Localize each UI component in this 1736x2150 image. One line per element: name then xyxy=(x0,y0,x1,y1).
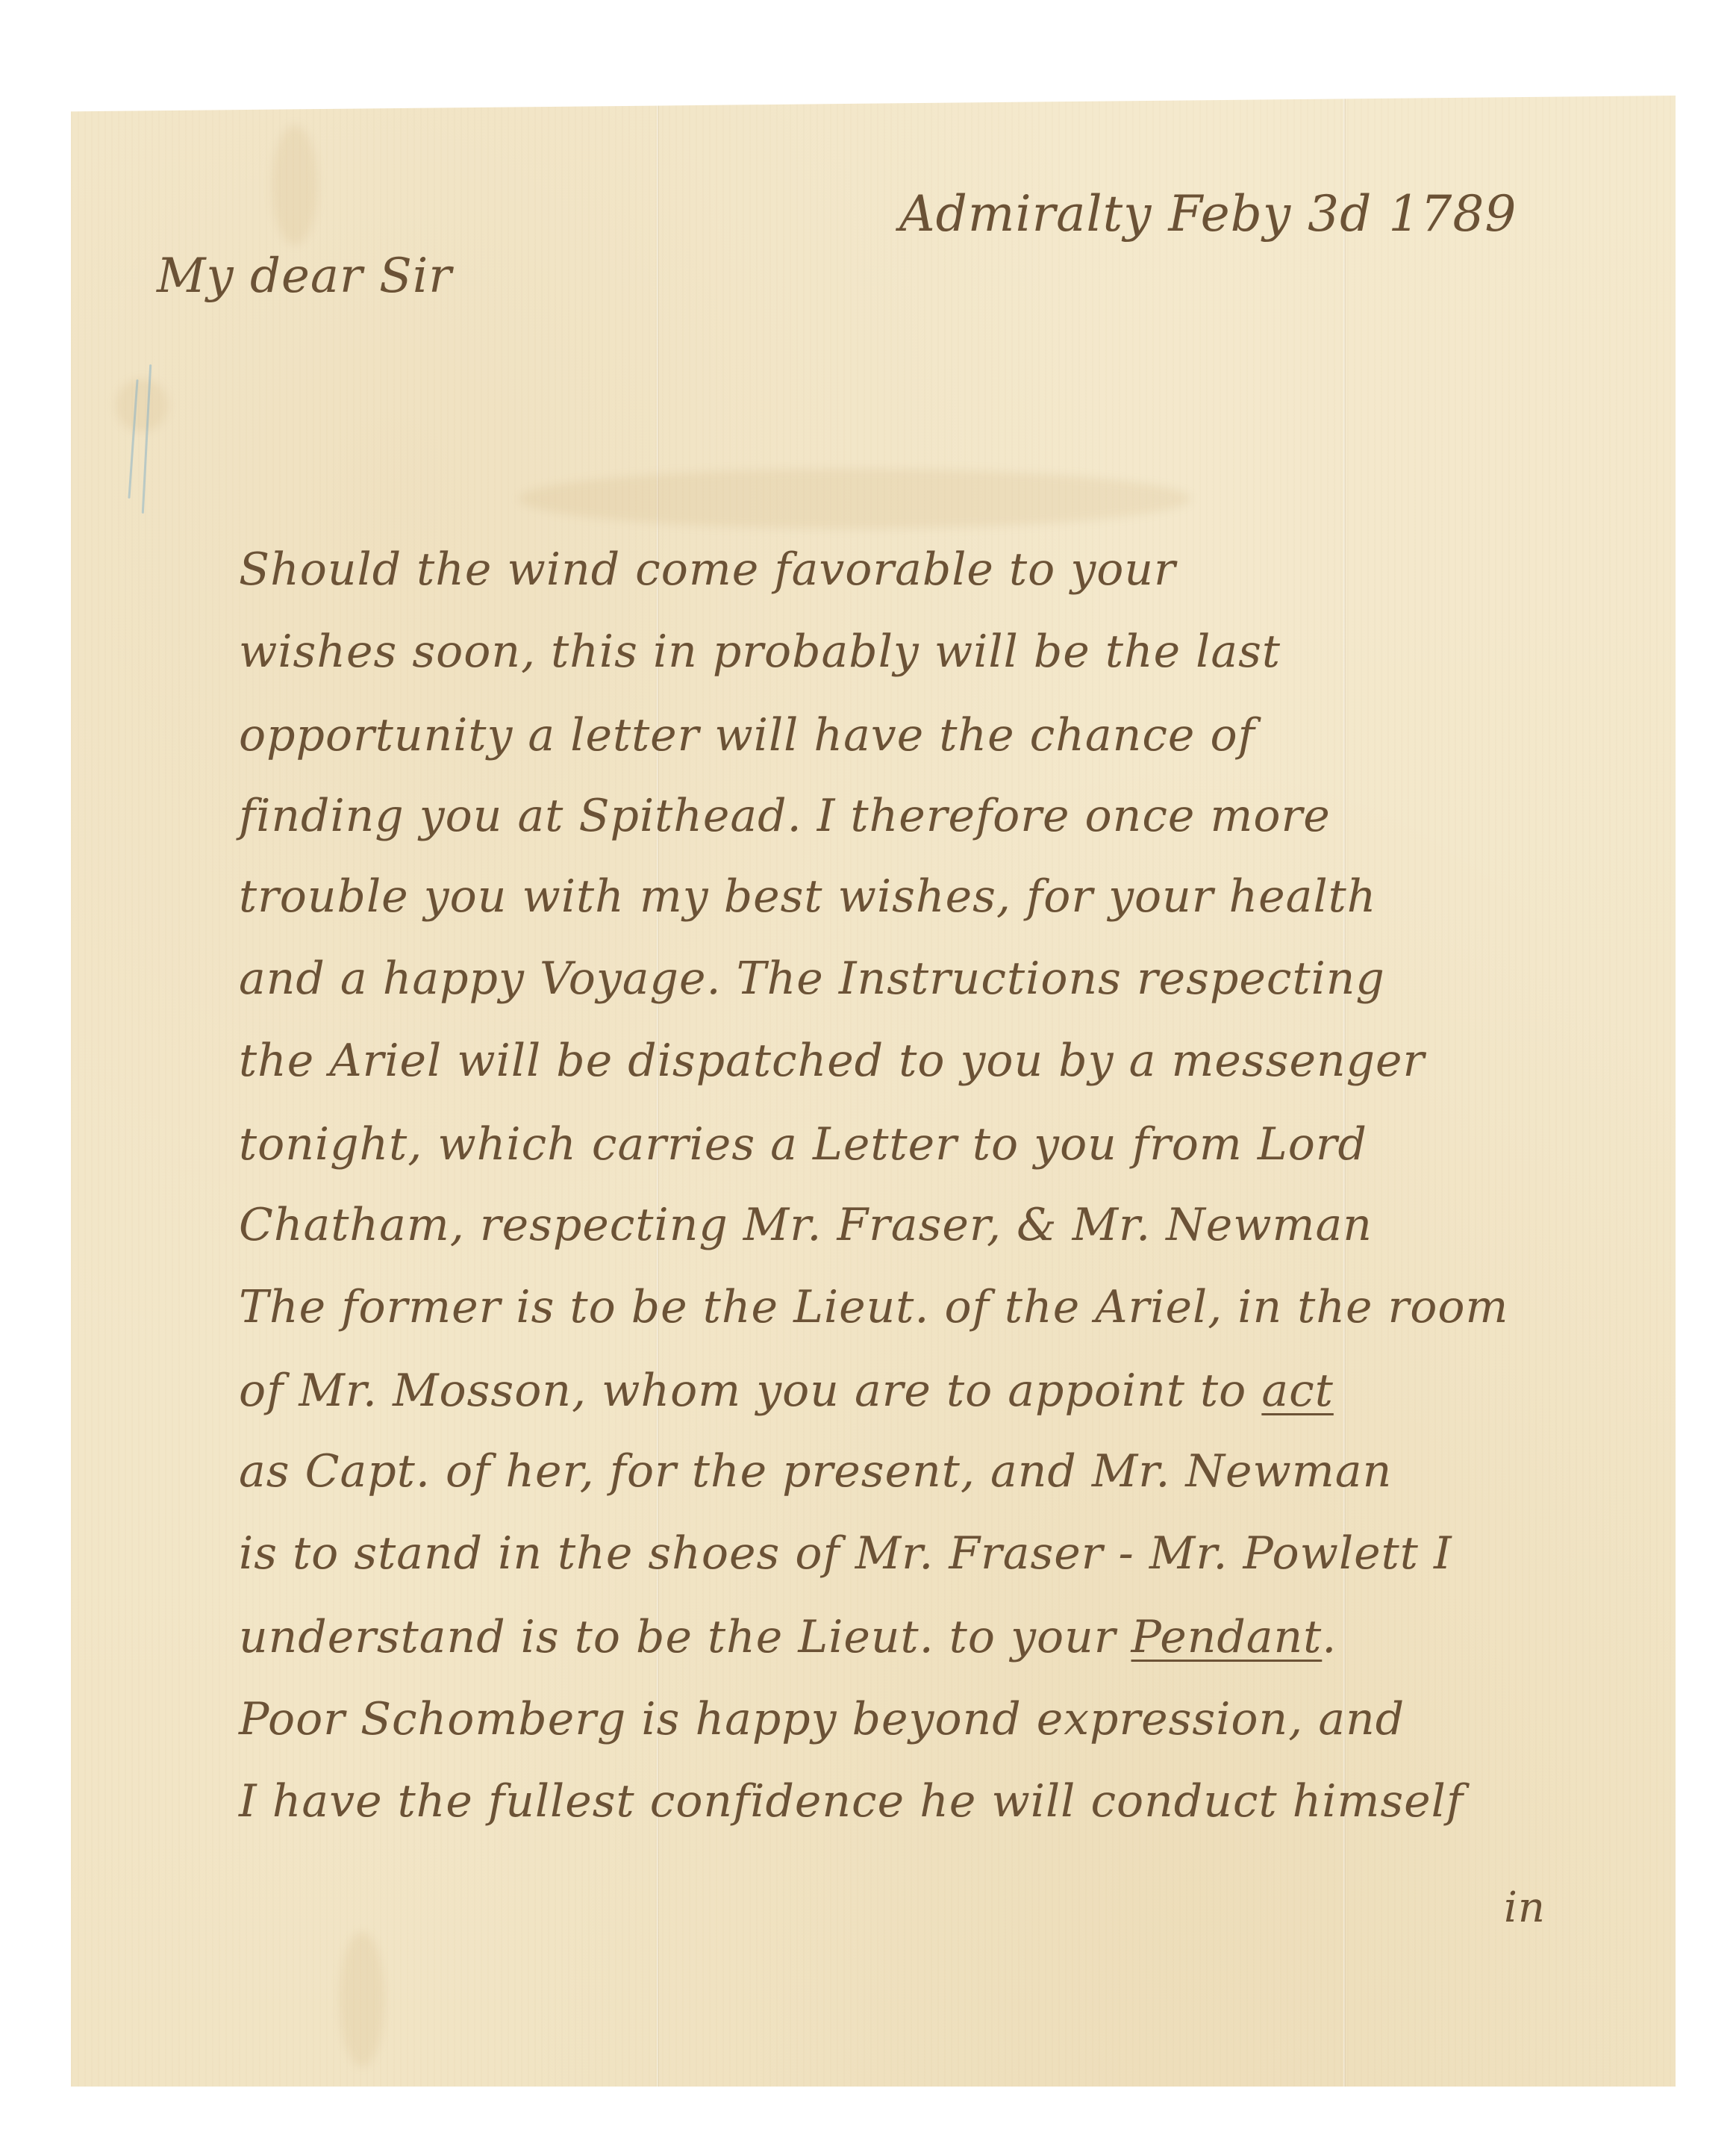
body-line: of Mr. Mosson, whom you are to appoint t… xyxy=(239,1365,1334,1417)
body-line: finding you at Spithead. I therefore onc… xyxy=(239,790,1331,842)
body-line: is to stand in the shoes of Mr. Fraser -… xyxy=(239,1527,1452,1580)
underlined-word: Pendant xyxy=(1131,1611,1323,1663)
period: . xyxy=(1322,1611,1337,1663)
salutation: My dear Sir xyxy=(157,249,452,304)
body-line: tonight, which carries a Letter to you f… xyxy=(239,1118,1367,1171)
body-line: The former is to be the Lieut. of the Ar… xyxy=(239,1281,1508,1333)
body-line: the Ariel will be dispatched to you by a… xyxy=(239,1035,1425,1087)
body-line: wishes soon, this in probably will be th… xyxy=(239,626,1281,678)
dateline: Admiralty Feby 3d 1789 xyxy=(899,185,1517,243)
body-line: Poor Schomberg is happy beyond expressio… xyxy=(239,1693,1405,1745)
body-line: I have the fullest confidence he will co… xyxy=(239,1775,1464,1827)
stain xyxy=(272,125,317,245)
body-line-text: of Mr. Mosson, whom you are to appoint t… xyxy=(239,1365,1261,1417)
body-line: trouble you with my best wishes, for you… xyxy=(239,870,1376,923)
body-line: understand is to be the Lieut. to your P… xyxy=(239,1611,1337,1663)
body-line: Chatham, respecting Mr. Fraser, & Mr. Ne… xyxy=(239,1199,1373,1251)
catchword: in xyxy=(1504,1883,1546,1932)
body-line: as Capt. of her, for the present, and Mr… xyxy=(239,1445,1392,1498)
stain xyxy=(340,1932,384,2066)
body-line: opportunity a letter will have the chanc… xyxy=(239,709,1255,761)
stain xyxy=(116,379,168,431)
body-line-text: understand is to be the Lieut. to your xyxy=(239,1611,1131,1663)
body-line: Should the wind come favorable to your xyxy=(239,543,1176,596)
body-line: and a happy Voyage. The Instructions res… xyxy=(239,953,1385,1005)
letter-sheet: Admiralty Feby 3d 1789 My dear Sir Shoul… xyxy=(71,96,1676,2087)
underlined-word: act xyxy=(1261,1365,1334,1417)
stain xyxy=(519,469,1190,529)
